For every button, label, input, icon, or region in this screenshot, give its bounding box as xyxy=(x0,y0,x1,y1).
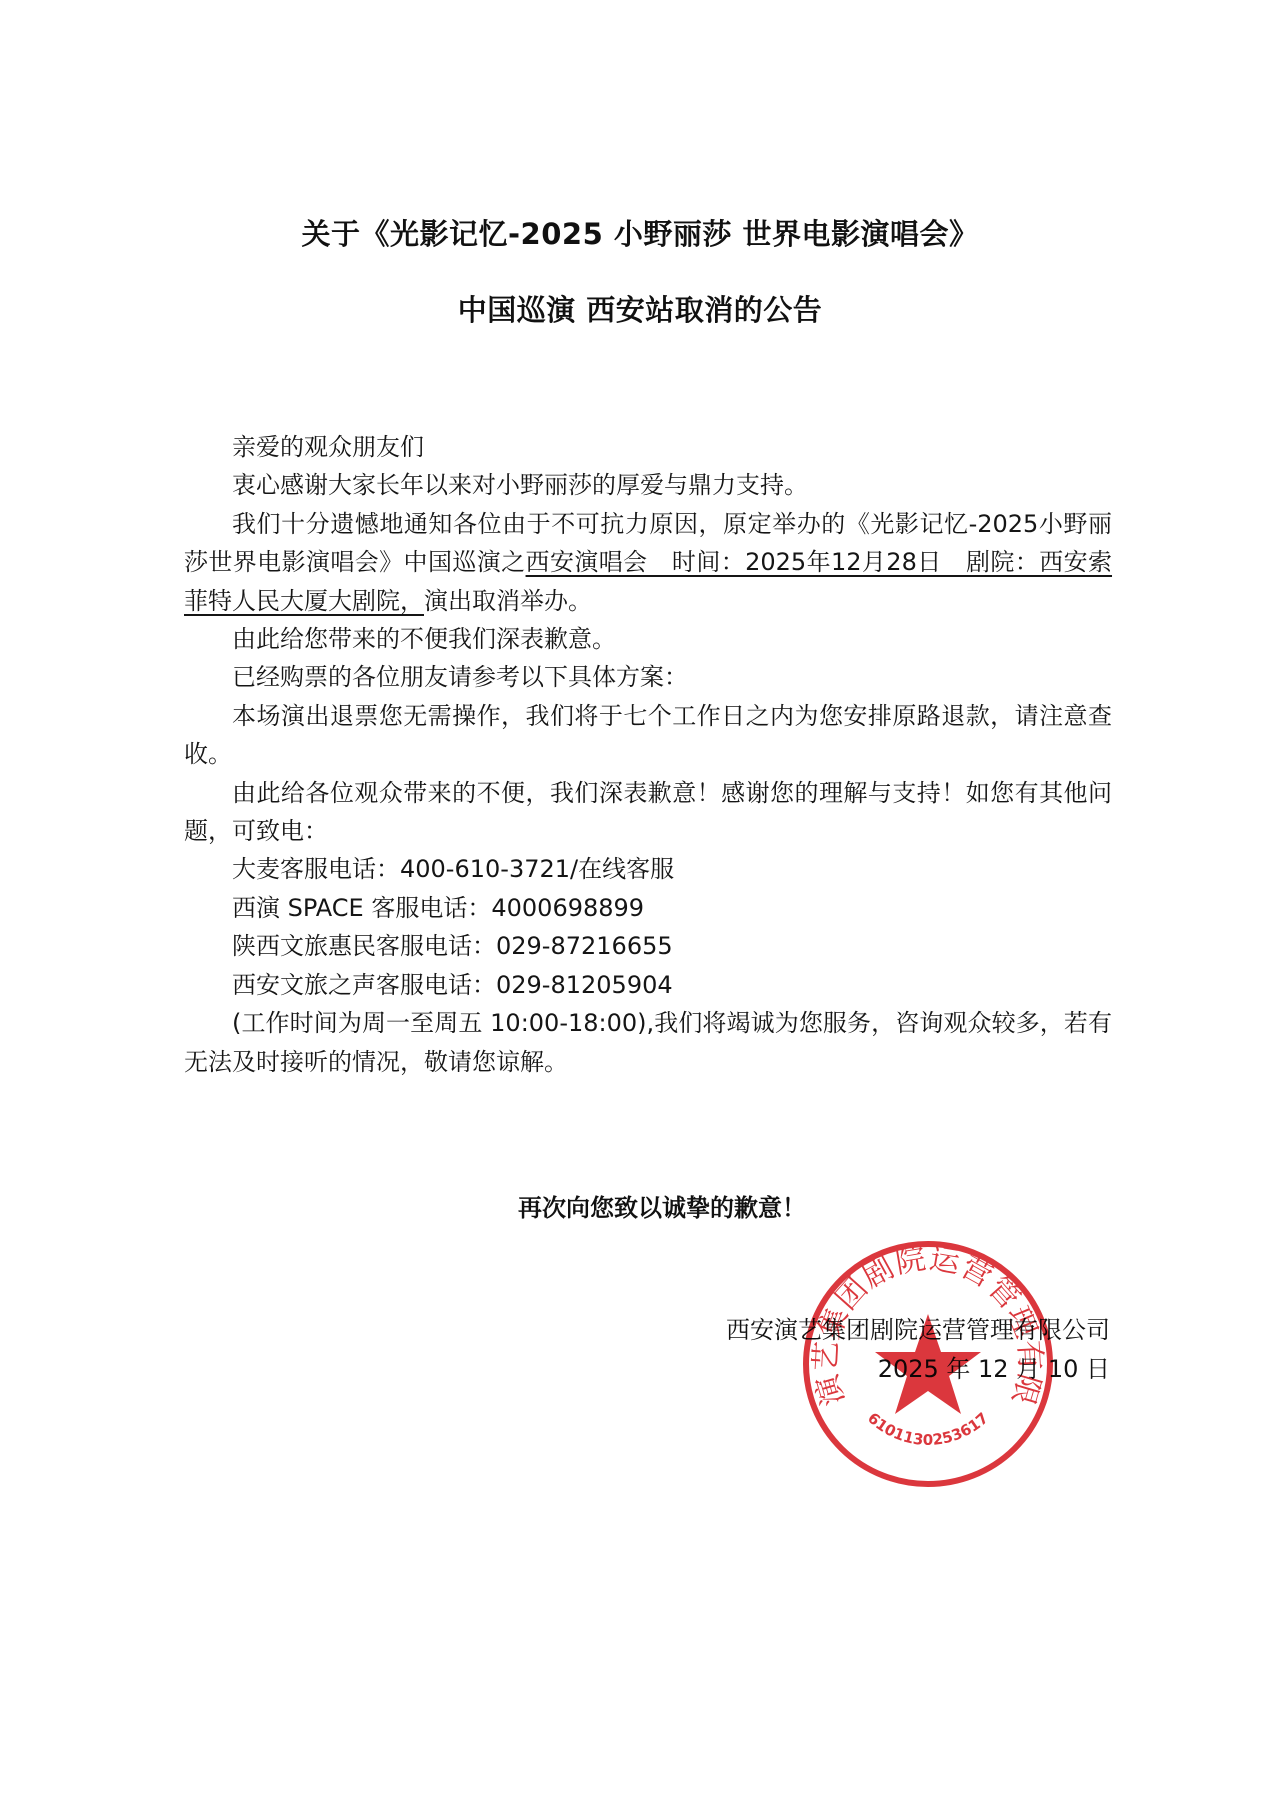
ticket-intro-paragraph: 已经购票的各位朋友请参考以下具体方案： xyxy=(184,658,1112,696)
svg-text:6101130253617: 6101130253617 xyxy=(864,1409,992,1449)
contact-phone: 400-610-3721/在线客服 xyxy=(400,855,674,883)
contact-label: 西演 SPACE 客服电话： xyxy=(232,894,491,922)
refund-paragraph: 本场演出退票您无需操作，我们将于七个工作日之内为您安排原路退款，请注意查收。 xyxy=(184,697,1112,774)
seal-code: 6101130253617 xyxy=(864,1409,992,1449)
contact-damai: 大麦客服电话：400-610-3721/在线客服 xyxy=(184,850,1112,888)
salutation: 亲爱的观众朋友们 xyxy=(184,428,1112,466)
title-line-2: 中国巡演 西安站取消的公告 xyxy=(0,288,1280,329)
title-line-1: 关于《光影记忆-2025 小野丽莎 世界电影演唱会》 xyxy=(0,212,1280,253)
official-seal-icon: 西安演艺集团剧院运营管理有限公司 6101130253617 xyxy=(800,1238,1056,1490)
contact-label: 大麦客服电话： xyxy=(232,855,400,883)
contact-label: 西安文旅之声客服电话： xyxy=(232,971,496,999)
contact-phone: 4000698899 xyxy=(491,894,644,922)
apology-contact-paragraph: 由此给各位观众带来的不便，我们深表歉意！感谢您的理解与支持！如您有其他问题，可致… xyxy=(184,774,1112,851)
closing-line: 再次向您致以诚挚的歉意！ xyxy=(518,1188,806,1223)
contact-xian-wenlv: 西安文旅之声客服电话：029-81205904 xyxy=(184,966,1112,1004)
working-hours-paragraph: (工作时间为周一至周五 10:00-18:00),我们将竭诚为您服务，咨询观众较… xyxy=(184,1004,1112,1081)
contact-shaanxi-wenlv: 陕西文旅惠民客服电话：029-87216655 xyxy=(184,927,1112,965)
announcement-body: 亲爱的观众朋友们 衷心感谢大家长年以来对小野丽莎的厚爱与鼎力支持。 我们十分遗憾… xyxy=(184,428,1112,1081)
apology-paragraph: 由此给您带来的不便我们深表歉意。 xyxy=(184,620,1112,658)
contact-phone: 029-87216655 xyxy=(496,932,673,960)
contact-label: 陕西文旅惠民客服电话： xyxy=(232,932,496,960)
cancellation-notice-paragraph: 我们十分遗憾地通知各位由于不可抗力原因，原定举办的《光影记忆-2025小野丽莎世… xyxy=(184,505,1112,620)
notice-text-end: 演出取消举办。 xyxy=(424,587,592,615)
thanks-paragraph: 衷心感谢大家长年以来对小野丽莎的厚爱与鼎力支持。 xyxy=(184,466,1112,504)
contact-xiyan-space: 西演 SPACE 客服电话：4000698899 xyxy=(184,889,1112,927)
contact-phone: 029-81205904 xyxy=(496,971,673,999)
